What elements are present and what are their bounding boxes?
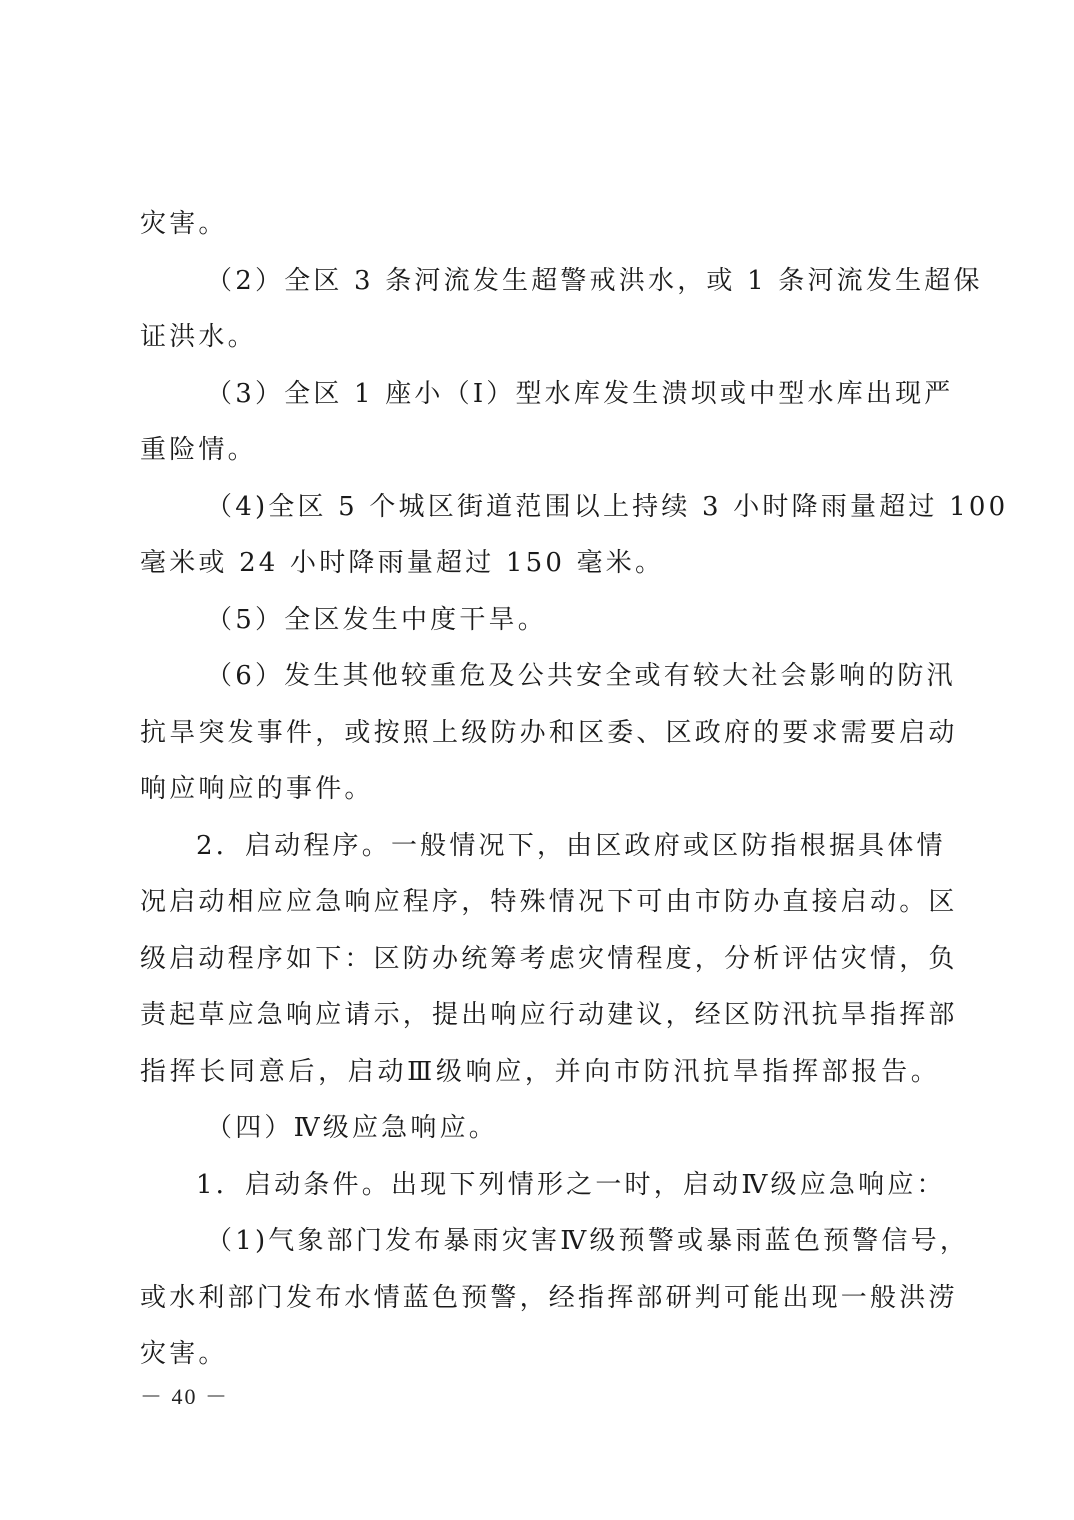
text-line: （6）发生其他较重危及公共安全或有较大社会影响的防汛 — [140, 648, 940, 705]
body-text: 灾害。 （2）全区 3 条河流发生超警戒洪水，或 1 条河流发生超保 证洪水。 … — [140, 196, 940, 1383]
text-line: （2）全区 3 条河流发生超警戒洪水，或 1 条河流发生超保 — [140, 253, 940, 310]
text-line: （1)气象部门发布暴雨灾害Ⅳ级预警或暴雨蓝色预警信号， — [140, 1213, 940, 1270]
text-line: 1．启动条件。出现下列情形之一时，启动Ⅳ级应急响应： — [140, 1157, 940, 1214]
text-line: （5）全区发生中度干旱。 — [140, 592, 940, 649]
text-line: 灾害。 — [140, 1326, 940, 1383]
text-line: 响应响应的事件。 — [140, 761, 940, 818]
text-line: 级启动程序如下：区防办统筹考虑灾情程度，分析评估灾情，负 — [140, 931, 940, 988]
text-line: 况启动相应应急响应程序，特殊情况下可由市防办直接启动。区 — [140, 874, 940, 931]
document-page: 灾害。 （2）全区 3 条河流发生超警戒洪水，或 1 条河流发生超保 证洪水。 … — [0, 0, 1074, 1520]
text-line: 2．启动程序。一般情况下，由区政府或区防指根据具体情 — [140, 818, 940, 875]
text-line: （4)全区 5 个城区街道范围以上持续 3 小时降雨量超过 100 — [140, 479, 940, 536]
text-line: （3）全区 1 座小（Ⅰ）型水库发生溃坝或中型水库出现严 — [140, 366, 940, 423]
text-line: 灾害。 — [140, 196, 940, 253]
text-line: 毫米或 24 小时降雨量超过 150 毫米。 — [140, 535, 940, 592]
text-line: 指挥长同意后，启动Ⅲ级响应，并向市防汛抗旱指挥部报告。 — [140, 1044, 940, 1101]
text-line: 重险情。 — [140, 422, 940, 479]
text-line: 或水利部门发布水情蓝色预警，经指挥部研判可能出现一般洪涝 — [140, 1270, 940, 1327]
text-line: 责起草应急响应请示，提出响应行动建议，经区防汛抗旱指挥部 — [140, 987, 940, 1044]
page-number: － 40 － — [140, 1380, 229, 1411]
text-line: 证洪水。 — [140, 309, 940, 366]
text-line: 抗旱突发事件，或按照上级防办和区委、区政府的要求需要启动 — [140, 705, 940, 762]
section-heading: （四）Ⅳ级应急响应。 — [140, 1100, 940, 1157]
